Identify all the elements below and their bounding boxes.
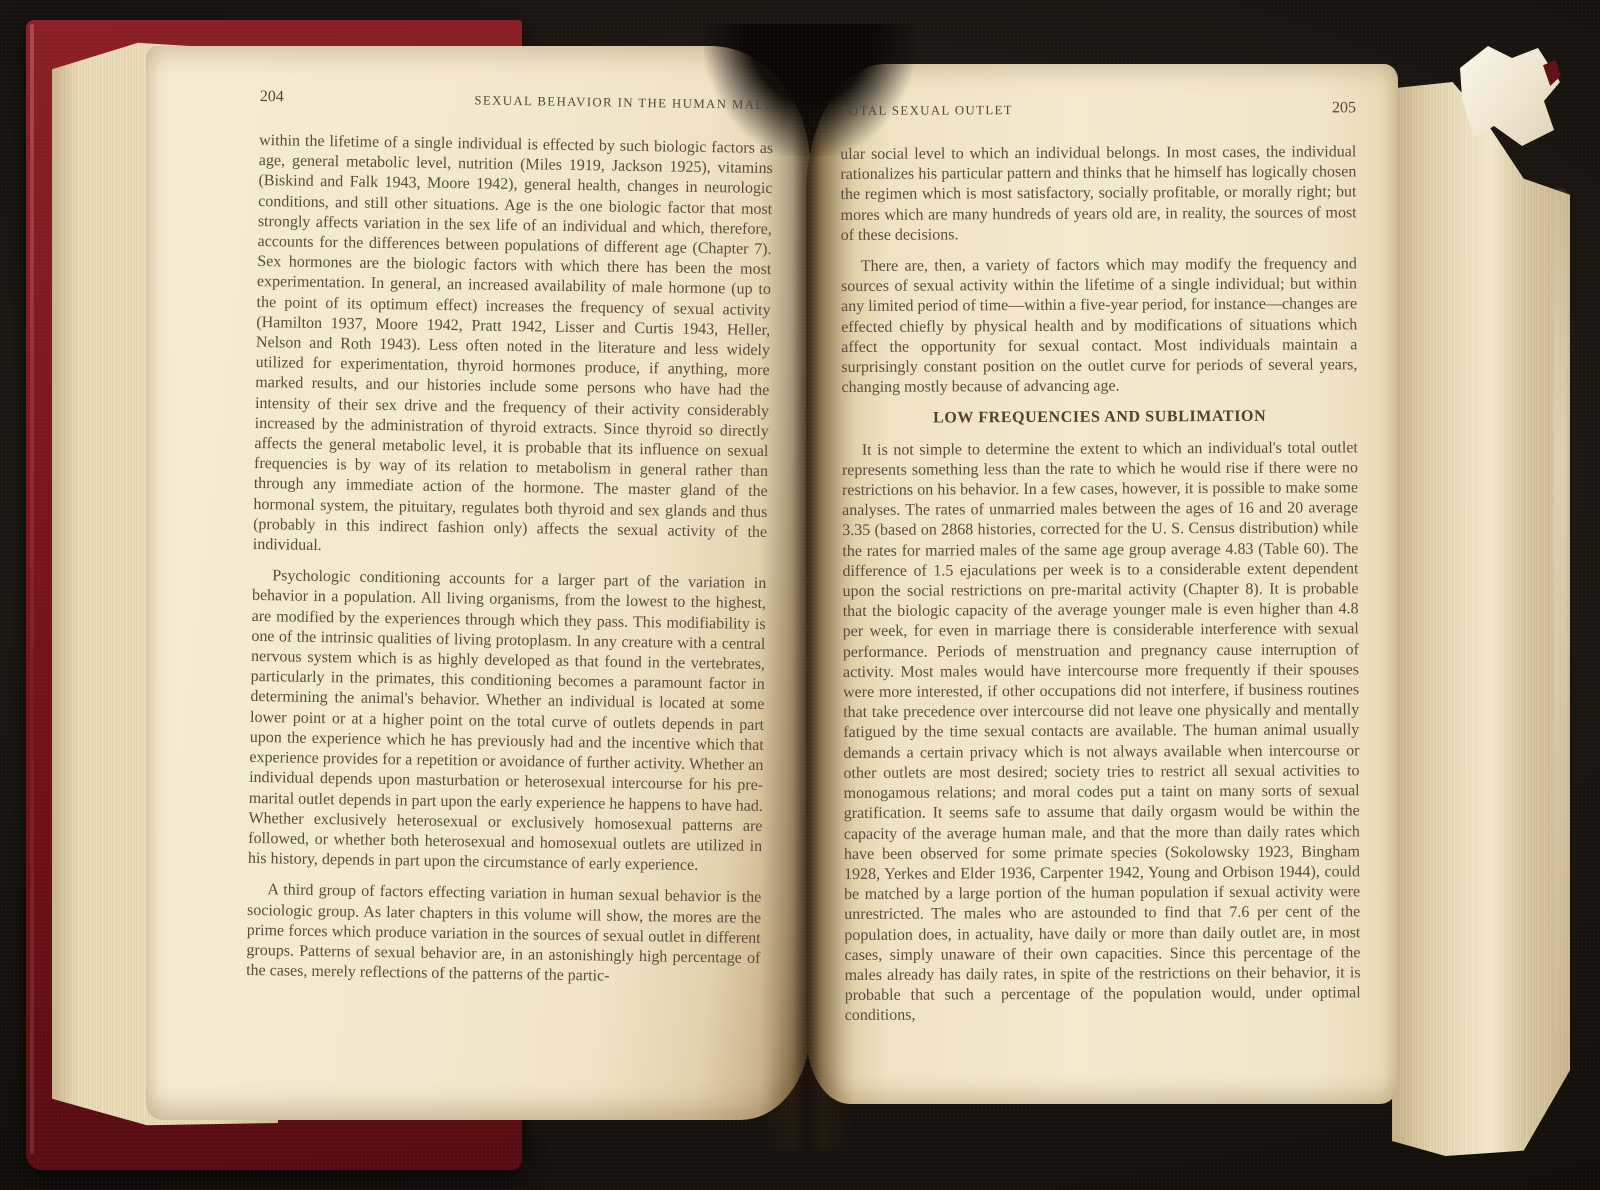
book-cover-spine-highlight: [30, 24, 34, 1154]
right-page-edges: [1392, 82, 1570, 1156]
dust-jacket-edge: [1553, 188, 1568, 1034]
right-running-header: TOTAL SEXUAL OUTLET: [840, 103, 1013, 119]
left-running-header: SEXUAL BEHAVIOR IN THE HUMAN MALE: [474, 93, 774, 113]
left-page-number: 204: [260, 88, 284, 106]
left-body-paragraph: Psychologic conditioning accounts for a …: [248, 566, 767, 877]
left-body-paragraph: A third group of factors effecting varia…: [246, 880, 762, 989]
right-body-paragraph: ular social level to which an individual…: [840, 142, 1357, 246]
right-body-paragraph: There are, then, a variety of factors wh…: [841, 254, 1358, 398]
right-body-paragraph: It is not simple to determine the extent…: [842, 438, 1361, 1027]
section-heading: LOW FREQUENCIES AND SUBLIMATION: [842, 407, 1358, 430]
book-photo: 204 SEXUAL BEHAVIOR IN THE HUMAN MALE wi…: [0, 0, 1600, 1190]
left-body-paragraph: within the lifetime of a single individu…: [253, 131, 774, 563]
right-page-header: TOTAL SEXUAL OUTLET 205: [840, 99, 1356, 120]
torn-dust-jacket-fragment: [1460, 46, 1560, 146]
left-page-text: 204 SEXUAL BEHAVIOR IN THE HUMAN MALE wi…: [246, 88, 774, 1000]
right-page-number: 205: [1332, 99, 1356, 117]
right-page-text: TOTAL SEXUAL OUTLET 205 ular social leve…: [840, 99, 1361, 1037]
